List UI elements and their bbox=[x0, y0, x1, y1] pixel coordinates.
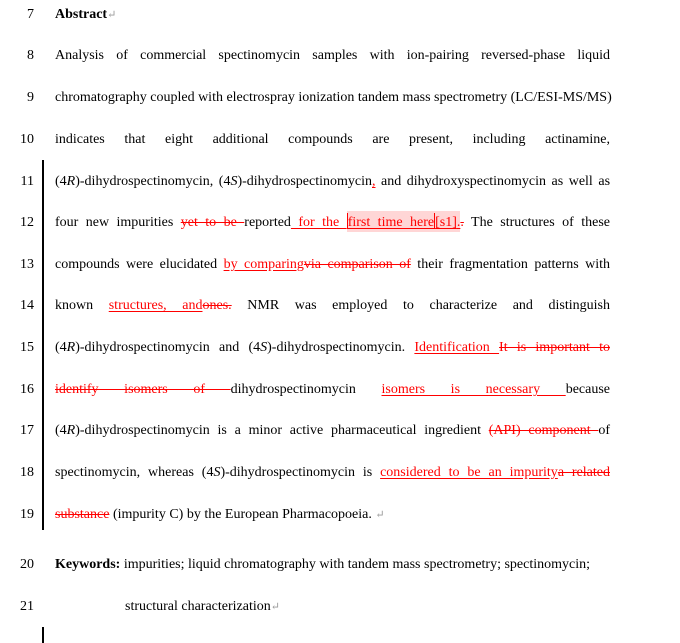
line-number: 19 bbox=[0, 504, 34, 526]
paragraph-mark-icon: ↵ bbox=[375, 509, 384, 521]
tracked-insertion[interactable]: by comparing bbox=[224, 257, 304, 272]
text-run: )-dihydrospectinomycin is bbox=[220, 465, 380, 480]
tracked-deletion[interactable]: yet to be bbox=[181, 215, 245, 230]
text-run: (4 bbox=[55, 174, 67, 189]
line-9: 9 chromatography coupled with electrospr… bbox=[0, 87, 680, 109]
highlighted-text: first time here bbox=[348, 215, 434, 230]
line-text[interactable]: four new impurities yet to be reported f… bbox=[55, 212, 610, 234]
line-14: 14 known structures, andones. NMR was em… bbox=[0, 295, 680, 317]
line-19: 19 substance (impurity C) by the Europea… bbox=[0, 504, 680, 526]
text-run: )-dihydrospectinomycin. bbox=[267, 340, 414, 355]
tracked-insertion[interactable]: considered to be an impurity bbox=[380, 465, 558, 480]
tracked-deletion[interactable]: substance bbox=[55, 507, 109, 522]
line-7: 7 Abstract↵ bbox=[0, 4, 680, 26]
abstract-heading[interactable]: Abstract↵ bbox=[55, 4, 610, 26]
comment-reference[interactable]: [s1] bbox=[434, 215, 457, 230]
text-run: dihydrospectinomycin bbox=[231, 382, 382, 397]
line-number: 10 bbox=[0, 129, 34, 151]
comment-bracket-start bbox=[347, 213, 348, 229]
tracked-deletion[interactable]: (API) component bbox=[489, 423, 599, 438]
line-8: 8 Analysis of commercial spectinomycin s… bbox=[0, 45, 680, 67]
line-number: 21 bbox=[0, 596, 34, 618]
line-number: 11 bbox=[0, 171, 34, 193]
line-number: 18 bbox=[0, 462, 34, 484]
line-number: 16 bbox=[0, 379, 34, 401]
line-10: 10 indicates that eight additional compo… bbox=[0, 129, 680, 151]
text-run: (4 bbox=[55, 340, 67, 355]
tracked-deletion[interactable]: ones. bbox=[203, 298, 232, 313]
line-20: 20 Keywords: impurities; liquid chromato… bbox=[0, 554, 680, 576]
comment-ref-label: [s1] bbox=[435, 215, 457, 230]
line-number: 14 bbox=[0, 295, 34, 317]
heading-text: Abstract bbox=[55, 7, 107, 22]
line-11: 11 (4R)-dihydrospectinomycin, (4S)-dihyd… bbox=[0, 171, 680, 193]
keywords-continuation[interactable]: structural characterization↵ bbox=[125, 596, 610, 618]
line-number: 20 bbox=[0, 554, 34, 576]
paragraph-mark-icon: ↵ bbox=[107, 9, 116, 21]
keywords-label: Keywords: bbox=[55, 557, 120, 572]
line-number: 7 bbox=[0, 4, 34, 26]
tracked-insertion[interactable]: for the bbox=[291, 215, 347, 230]
line-number: 13 bbox=[0, 254, 34, 276]
line-text[interactable]: indicates that eight additional compound… bbox=[55, 129, 610, 151]
line-text[interactable]: identify isomers of dihydrospectinomycin… bbox=[55, 379, 610, 401]
line-number: 12 bbox=[0, 212, 34, 234]
italic-run: R bbox=[67, 423, 76, 438]
line-17: 17 (4R)-dihydrospectinomycin is a minor … bbox=[0, 420, 680, 442]
document-page[interactable]: 7 Abstract↵ 8 Analysis of commercial spe… bbox=[0, 0, 680, 643]
tracked-deletion[interactable]: identify isomers of bbox=[55, 382, 231, 397]
tracked-insertion[interactable]: isomers is necessary bbox=[382, 382, 566, 397]
text-run: structural characterization bbox=[125, 599, 271, 614]
line-text[interactable]: compounds were elucidated by comparingvi… bbox=[55, 254, 610, 276]
tracked-deletion[interactable]: It is important to bbox=[499, 340, 610, 355]
text-run: The structures of these bbox=[464, 215, 610, 230]
text-run: of bbox=[598, 423, 610, 438]
keywords-line[interactable]: Keywords: impurities; liquid chromatogra… bbox=[55, 554, 610, 576]
line-number: 17 bbox=[0, 420, 34, 442]
tracked-deletion[interactable]: via comparison of bbox=[304, 257, 411, 272]
line-text[interactable]: (4R)-dihydrospectinomycin and (4S)-dihyd… bbox=[55, 337, 610, 359]
text-run: )-dihydrospectinomycin, (4 bbox=[75, 174, 230, 189]
tracked-insertion[interactable]: structures, and bbox=[109, 298, 203, 313]
text-run: four new impurities bbox=[55, 215, 181, 230]
line-16: 16 identify isomers of dihydrospectinomy… bbox=[0, 379, 680, 401]
line-13: 13 compounds were elucidated by comparin… bbox=[0, 254, 680, 276]
line-21: 21 structural characterization↵ bbox=[0, 596, 680, 618]
text-run: their fragmentation patterns with bbox=[411, 257, 610, 272]
line-text[interactable]: chromatography coupled with electrospray… bbox=[55, 87, 610, 109]
tracked-deletion[interactable]: a related bbox=[558, 465, 610, 480]
line-18: 18 spectinomycin, whereas (4S)-dihydrosp… bbox=[0, 462, 680, 484]
comment-bracket-end bbox=[434, 213, 435, 229]
italic-run: R bbox=[67, 340, 76, 355]
change-bar-bottom bbox=[42, 627, 44, 643]
line-text[interactable]: spectinomycin, whereas (4S)-dihydrospect… bbox=[55, 462, 610, 484]
text-run: )-dihydrospectinomycin and (4 bbox=[75, 340, 260, 355]
line-text[interactable]: (4R)-dihydrospectinomycin is a minor act… bbox=[55, 420, 610, 442]
line-number: 8 bbox=[0, 45, 34, 67]
text-run: reported bbox=[244, 215, 291, 230]
text-run: NMR was employed to characterize and dis… bbox=[232, 298, 610, 313]
text-run: compounds were elucidated bbox=[55, 257, 224, 272]
line-15: 15 (4R)-dihydrospectinomycin and (4S)-di… bbox=[0, 337, 680, 359]
line-number: 15 bbox=[0, 337, 34, 359]
text-run: (impurity C) by the European Pharmacopoe… bbox=[109, 507, 375, 522]
comment-anchor[interactable]: first time here[s1]. bbox=[347, 211, 461, 232]
line-text[interactable]: Analysis of commercial spectinomycin sam… bbox=[55, 45, 610, 67]
italic-run: R bbox=[67, 174, 76, 189]
keywords-text: impurities; liquid chromatography with t… bbox=[120, 557, 590, 572]
line-number: 9 bbox=[0, 87, 34, 109]
text-run: )-dihydrospectinomycin bbox=[237, 174, 372, 189]
text-run: )-dihydrospectinomycin is a minor active… bbox=[75, 423, 489, 438]
line-text[interactable]: (4R)-dihydrospectinomycin, (4S)-dihydros… bbox=[55, 171, 610, 193]
paragraph-mark-icon: ↵ bbox=[271, 601, 280, 613]
line-text[interactable]: known structures, andones. NMR was emplo… bbox=[55, 295, 610, 317]
line-text[interactable]: substance (impurity C) by the European P… bbox=[55, 504, 610, 526]
line-12: 12 four new impurities yet to be reporte… bbox=[0, 212, 680, 234]
text-run: (4 bbox=[55, 423, 67, 438]
text-run: spectinomycin, whereas (4 bbox=[55, 465, 213, 480]
text-run: and dihydroxyspectinomycin as well as bbox=[376, 174, 611, 189]
text-run: known bbox=[55, 298, 109, 313]
text-run: because bbox=[566, 382, 610, 397]
tracked-insertion[interactable]: Identification bbox=[414, 340, 499, 355]
